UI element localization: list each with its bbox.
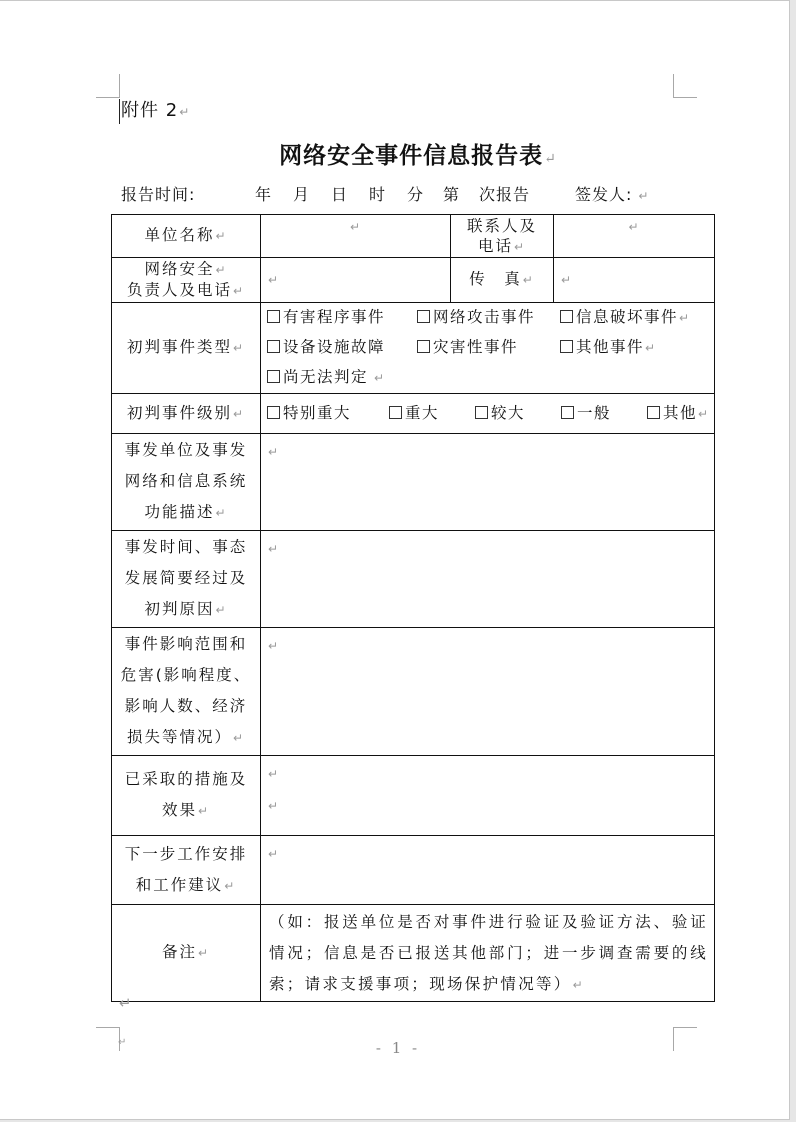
event-type-options: 有害程序事件网络攻击事件信息破坏事件↵ 设备设施故障灾害性事件其他事件↵ 尚无法… <box>261 303 715 394</box>
timeline-label-cell: 事发时间、事态发展简要经过及初判原因↵ <box>112 531 261 628</box>
checkbox-level-extremely-major[interactable]: 特别重大 <box>267 398 389 429</box>
remarks-field[interactable]: （如：报送单位是否对事件进行验证及验证方法、验证情况；信息是否已报送其他部门；进… <box>261 905 715 1002</box>
table-row-security-owner: 网络安全↵负责人及电话↵ ↵ 传 真↵ ↵ <box>112 258 715 303</box>
next-steps-field[interactable]: ↵ <box>261 836 715 905</box>
measures-label-cell: 已采取的措施及效果↵ <box>112 756 261 836</box>
minute-label: 分 <box>407 183 443 207</box>
checkbox-malware-event[interactable]: 有害程序事件 <box>267 303 417 332</box>
checkbox-icon <box>560 310 573 323</box>
ordinal-prefix-label: 第 <box>443 183 479 207</box>
checkbox-icon <box>389 406 402 419</box>
impact-label-cell: 事件影响范围和危害(影响程度、影响人数、经济损失等情况）↵ <box>112 628 261 756</box>
event-level-options: 特别重大重大较大一般其他↵ <box>261 394 715 434</box>
checkbox-icon <box>561 406 574 419</box>
checkbox-icon <box>267 340 280 353</box>
security-owner-label-cell: 网络安全↵负责人及电话↵ <box>112 258 261 303</box>
table-row-event-level: 初判事件级别↵ 特别重大重大较大一般其他↵ <box>112 394 715 434</box>
contact-label-cell: 联系人及电话↵ <box>451 215 554 258</box>
security-owner-field[interactable]: ↵ <box>261 258 451 303</box>
page-number: - 1 - <box>0 1039 796 1057</box>
fax-field[interactable]: ↵ <box>554 258 715 303</box>
measures-field[interactable]: ↵↵ <box>261 756 715 836</box>
empty-paragraph[interactable]: ↵ <box>118 993 132 1012</box>
checkbox-disaster-event[interactable]: 灾害性事件 <box>417 333 560 362</box>
fax-label-cell: 传 真↵ <box>451 258 554 303</box>
checkbox-icon <box>417 340 430 353</box>
table-row-timeline: 事发时间、事态发展简要经过及初判原因↵ ↵ <box>112 531 715 628</box>
issuer-label: 签发人: <box>575 183 632 207</box>
checkbox-icon <box>647 406 660 419</box>
margin-corner-top-left <box>96 74 120 98</box>
hour-label: 时 <box>369 183 407 207</box>
table-row-measures: 已采取的措施及效果↵ ↵↵ <box>112 756 715 836</box>
checkbox-network-attack-event[interactable]: 网络攻击事件 <box>417 303 560 332</box>
paragraph-mark-icon: ↵ <box>544 151 557 167</box>
table-row-next-steps: 下一步工作安排和工作建议↵ ↵ <box>112 836 715 905</box>
checkbox-icon <box>417 310 430 323</box>
month-label: 月 <box>293 183 331 207</box>
checkbox-level-relatively-major[interactable]: 较大 <box>475 398 561 429</box>
paragraph-mark-icon: ↵ <box>119 994 132 1012</box>
table-row-impact: 事件影响范围和危害(影响程度、影响人数、经济损失等情况）↵ ↵ <box>112 628 715 756</box>
checkbox-info-destruction-event[interactable]: 信息破坏事件 <box>560 303 678 332</box>
day-label: 日 <box>331 183 369 207</box>
document-title[interactable]: 网络安全事件信息报告表↵ <box>0 137 796 170</box>
contact-field[interactable]: ↵ <box>554 215 715 258</box>
table-row-unit: 单位名称↵ ↵ 联系人及电话↵ ↵ <box>112 215 715 258</box>
paragraph-mark-icon: ↵ <box>638 184 649 208</box>
unit-name-field[interactable]: ↵ <box>261 215 451 258</box>
checkbox-icon <box>267 370 280 383</box>
attachment-label[interactable]: 附件 2↵ <box>119 99 190 124</box>
report-meta-line[interactable]: 报告时间:年月日时分第次报告签发人:↵ <box>121 183 649 208</box>
paragraph-mark-icon: ↵ <box>179 105 190 119</box>
next-steps-label-cell: 下一步工作安排和工作建议↵ <box>112 836 261 905</box>
event-type-label-cell: 初判事件类型↵ <box>112 303 261 394</box>
remarks-label-cell: 备注↵ <box>112 905 261 1002</box>
checkbox-icon <box>475 406 488 419</box>
timeline-field[interactable]: ↵ <box>261 531 715 628</box>
checkbox-level-major[interactable]: 重大 <box>389 398 475 429</box>
system-desc-label-cell: 事发单位及事发网络和信息系统功能描述↵ <box>112 434 261 531</box>
checkbox-other-event[interactable]: 其他事件 <box>560 333 644 362</box>
event-level-label-cell: 初判事件级别↵ <box>112 394 261 434</box>
table-row-event-type: 初判事件类型↵ 有害程序事件网络攻击事件信息破坏事件↵ 设备设施故障灾害性事件其… <box>112 303 715 394</box>
report-time-label: 报告时间: <box>121 183 255 207</box>
checkbox-level-general[interactable]: 一般 <box>561 398 647 429</box>
checkbox-icon <box>267 310 280 323</box>
checkbox-level-other[interactable]: 其他 <box>647 398 697 429</box>
year-label: 年 <box>255 183 293 207</box>
impact-field[interactable]: ↵ <box>261 628 715 756</box>
checkbox-equipment-failure[interactable]: 设备设施故障 <box>267 333 417 362</box>
table-row-remarks: 备注↵ （如：报送单位是否对事件进行验证及验证方法、验证情况；信息是否已报送其他… <box>112 905 715 1002</box>
system-desc-field[interactable]: ↵ <box>261 434 715 531</box>
ordinal-suffix-label: 次报告 <box>479 183 575 207</box>
checkbox-undetermined[interactable]: 尚无法判定 <box>267 363 368 392</box>
margin-corner-top-right <box>673 74 697 98</box>
checkbox-icon <box>267 406 280 419</box>
document-page: 附件 2↵ 网络安全事件信息报告表↵ 报告时间:年月日时分第次报告签发人:↵ 单… <box>0 0 790 1120</box>
unit-name-label-cell: 单位名称↵ <box>112 215 261 258</box>
checkbox-icon <box>560 340 573 353</box>
incident-report-table: 单位名称↵ ↵ 联系人及电话↵ ↵ 网络安全↵负责人及电话↵ ↵ 传 真↵ ↵ … <box>111 214 715 1002</box>
table-row-system-description: 事发单位及事发网络和信息系统功能描述↵ ↵ <box>112 434 715 531</box>
